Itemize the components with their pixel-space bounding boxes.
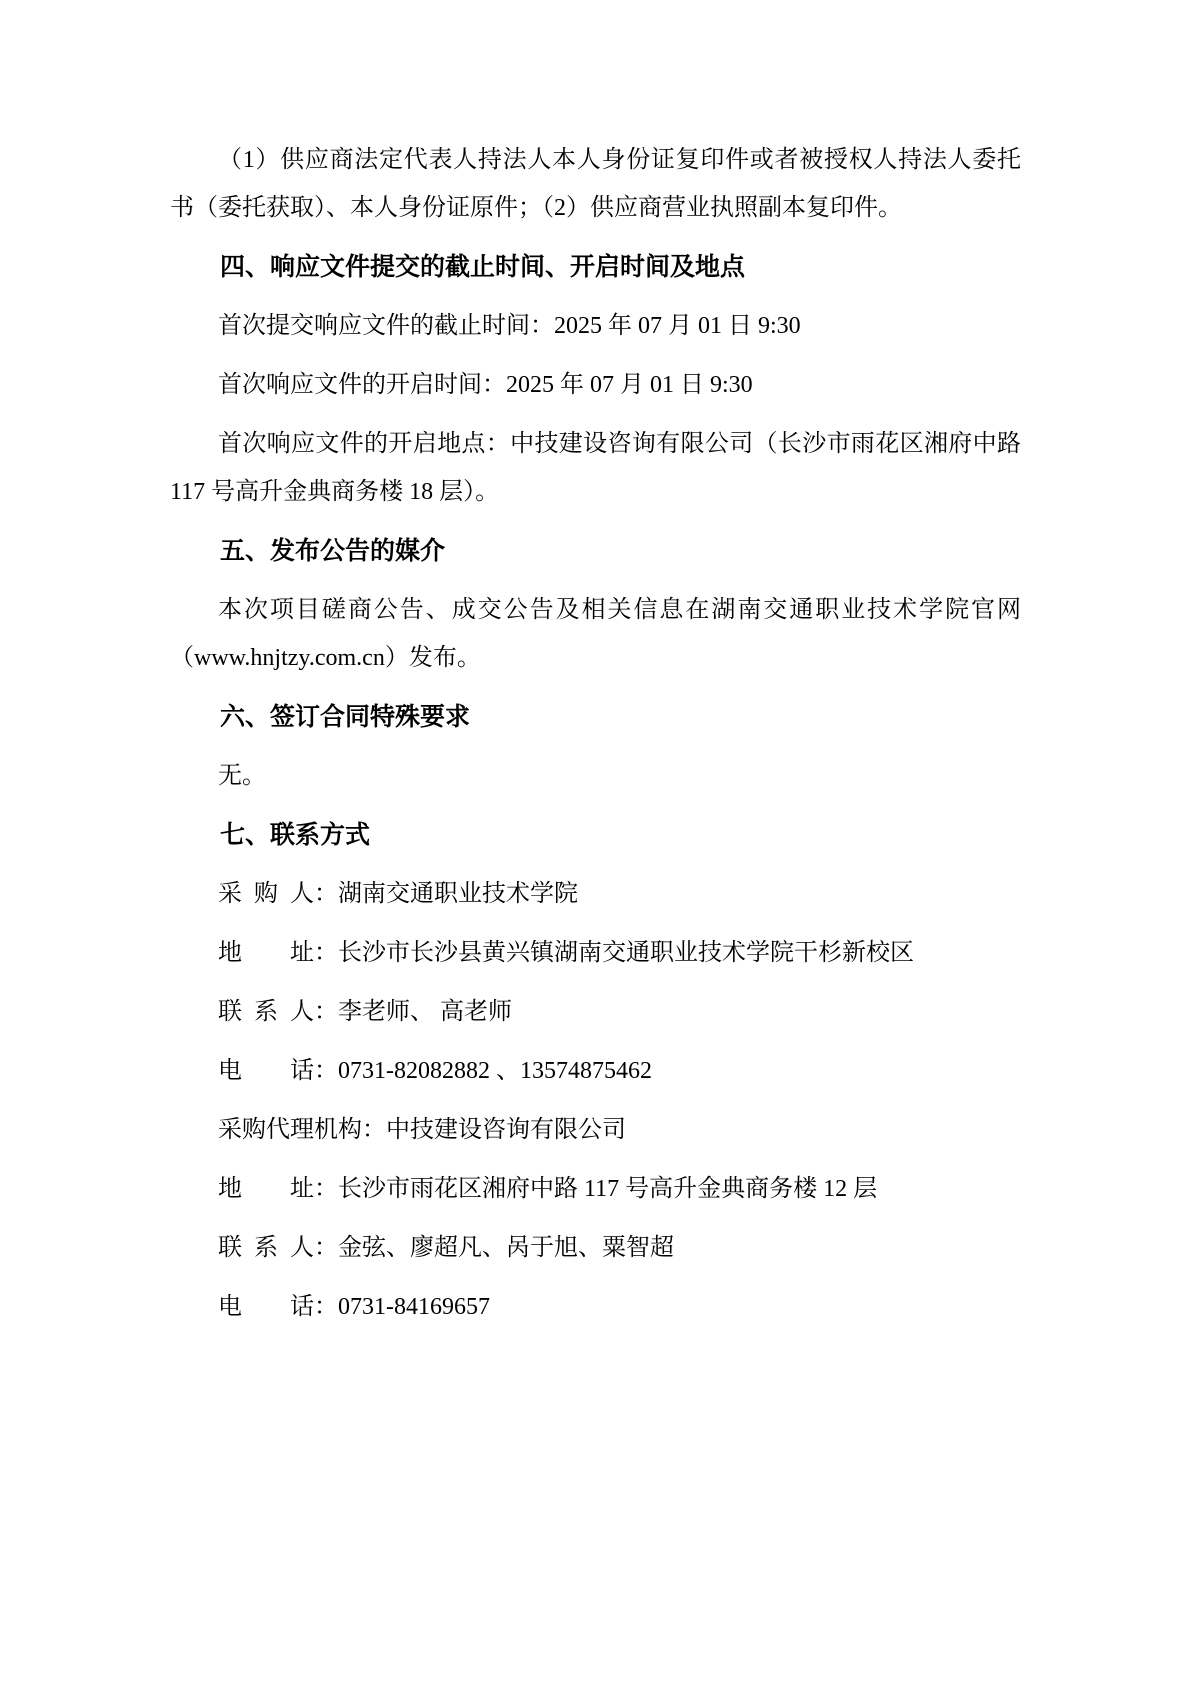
paragraph-purchaser-address: 地 址：长沙市长沙县黄兴镇湖南交通职业技术学院干杉新校区	[170, 929, 1021, 977]
paragraph-submission-deadline: 首次提交响应文件的截止时间：2025 年 07 月 01 日 9:30	[170, 302, 1021, 350]
paragraph-none: 无。	[170, 752, 1021, 800]
paragraph-qualification-documents: （1）供应商法定代表人持法人本人身份证复印件或者被授权人持法人委托书（委托获取）…	[170, 136, 1021, 232]
paragraph-purchaser-contacts: 联 系 人：李老师、 高老师	[170, 988, 1021, 1036]
paragraph-opening-location: 首次响应文件的开启地点：中技建设咨询有限公司（长沙市雨花区湘府中路 117 号高…	[170, 420, 1021, 516]
paragraph-opening-time: 首次响应文件的开启时间：2025 年 07 月 01 日 9:30	[170, 361, 1021, 409]
paragraph-announcement-website: 本次项目磋商公告、成交公告及相关信息在湖南交通职业技术学院官网（www.hnjt…	[170, 586, 1021, 682]
paragraph-agency-address: 地 址：长沙市雨花区湘府中路 117 号高升金典商务楼 12 层	[170, 1165, 1021, 1213]
paragraph-agency-phone: 电 话：0731-84169657	[170, 1283, 1021, 1331]
heading-section-7-contact-info: 七、联系方式	[170, 811, 1021, 859]
paragraph-purchaser-phone: 电 话：0731-82082882 、13574875462	[170, 1047, 1021, 1095]
paragraph-purchaser-name: 采 购 人：湖南交通职业技术学院	[170, 870, 1021, 918]
paragraph-agency-name: 采购代理机构：中技建设咨询有限公司	[170, 1106, 1021, 1154]
document-page: （1）供应商法定代表人持法人本人身份证复印件或者被授权人持法人委托书（委托获取）…	[0, 0, 1191, 1684]
heading-section-6-contract-requirements: 六、签订合同特殊要求	[170, 693, 1021, 741]
heading-section-5-announcement-media: 五、发布公告的媒介	[170, 527, 1021, 575]
paragraph-agency-contacts: 联 系 人：金弦、廖超凡、呙于旭、粟智超	[170, 1224, 1021, 1272]
heading-section-4-submission-deadline: 四、响应文件提交的截止时间、开启时间及地点	[170, 243, 1021, 291]
